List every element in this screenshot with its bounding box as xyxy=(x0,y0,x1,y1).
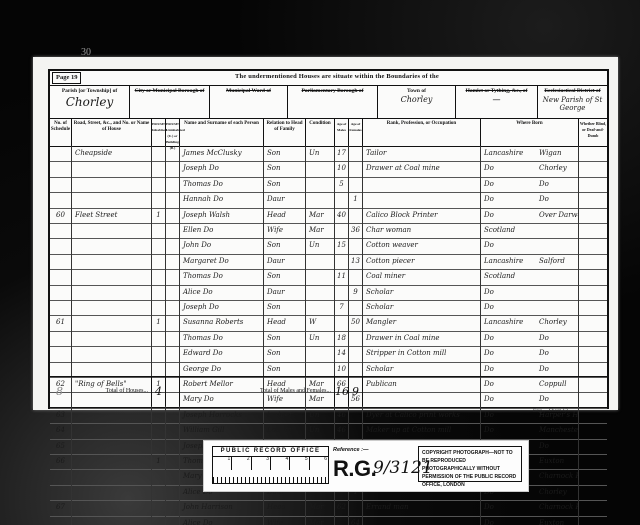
row-born-place: Manchester xyxy=(536,423,579,438)
row-occupation: Drawer at Coal mine xyxy=(363,161,481,176)
table-row: Edward DoSon14Stripper in Cotton millDoD… xyxy=(50,346,607,362)
row-age-male: 10 xyxy=(335,161,349,176)
row-age-male: 11 xyxy=(335,269,349,284)
table-row: Margaret DoDaur13Cotton piecerLancashire… xyxy=(50,254,607,270)
row-relation: Head xyxy=(264,500,306,515)
row-address xyxy=(72,223,152,238)
row-occupation xyxy=(363,516,481,525)
row-age-male: 46 xyxy=(335,408,349,423)
row-born-county: Do xyxy=(481,161,536,176)
row-occupation: Calico Block Printer xyxy=(363,208,481,223)
row-age-female xyxy=(349,177,363,192)
row-age-female: 64 xyxy=(349,516,363,525)
row-born-county: Do xyxy=(481,300,536,315)
row-condition xyxy=(306,269,335,284)
row-schedule: 64 xyxy=(50,423,72,438)
page-number: Page 19 xyxy=(52,72,81,84)
row-schedule xyxy=(50,269,72,284)
row-condition xyxy=(306,285,335,300)
row-born-place xyxy=(536,285,579,300)
table-row: Hannah DoDaur1DoDo xyxy=(50,192,607,208)
header-intro-row: Page 19 The undermentioned Houses are si… xyxy=(50,71,607,86)
row-occupation: Scholar xyxy=(363,285,481,300)
row-blind-deaf xyxy=(579,300,607,315)
row-address xyxy=(72,408,152,423)
row-blind-deaf xyxy=(579,161,607,176)
row-houses-inhabited xyxy=(152,500,166,515)
row-address xyxy=(72,177,152,192)
row-relation: Daur xyxy=(264,285,306,300)
row-relation: Head xyxy=(264,208,306,223)
row-houses-uninhabited xyxy=(166,269,180,284)
row-houses-inhabited: 1 xyxy=(152,208,166,223)
row-houses-uninhabited xyxy=(166,238,180,253)
row-schedule xyxy=(50,146,72,161)
row-age-female xyxy=(349,331,363,346)
row-houses-inhabited xyxy=(152,331,166,346)
row-houses-inhabited xyxy=(152,408,166,423)
row-age-female xyxy=(349,300,363,315)
row-address xyxy=(72,516,152,525)
table-row: 67John HarrisonHeadMar62Errand manDoChar… xyxy=(50,500,607,516)
row-schedule xyxy=(50,238,72,253)
row-schedule xyxy=(50,192,72,207)
col-age-male: Age of Males xyxy=(335,118,349,146)
sheet-reference: Eng.—Sheet 13. xyxy=(533,408,569,414)
row-houses-inhabited xyxy=(152,362,166,377)
row-schedule xyxy=(50,161,72,176)
row-age-female xyxy=(349,423,363,438)
row-age-female xyxy=(349,269,363,284)
row-blind-deaf xyxy=(579,208,607,223)
row-age-male xyxy=(335,223,349,238)
row-address xyxy=(72,161,152,176)
row-houses-uninhabited xyxy=(166,146,180,161)
table-row: 60Fleet Street1Joseph WalshHeadMar40Cali… xyxy=(50,208,607,224)
row-born-place: Euxton xyxy=(536,516,579,525)
totals-row: 8 Total of Houses... 4 Total of Males an… xyxy=(50,376,607,406)
row-born-county: Lancashire xyxy=(481,146,536,161)
table-row: John DoSonUn15Cotton weaverDo xyxy=(50,238,607,254)
row-houses-uninhabited xyxy=(166,485,180,500)
row-relation: Son xyxy=(264,161,306,176)
row-houses-inhabited xyxy=(152,238,166,253)
row-houses-uninhabited xyxy=(166,454,180,469)
row-occupation: Char woman xyxy=(363,223,481,238)
row-address xyxy=(72,469,152,484)
table-row: Joseph DoSon10Drawer at Coal mineDoChorl… xyxy=(50,161,607,177)
row-condition: Un xyxy=(306,423,335,438)
census-page: 30 Page 19 The undermentioned Houses are… xyxy=(33,57,618,410)
row-age-male: 10 xyxy=(335,362,349,377)
row-houses-inhabited xyxy=(152,346,166,361)
row-age-male: 62 xyxy=(335,500,349,515)
row-relation: Head xyxy=(264,315,306,330)
row-born-county: Do xyxy=(481,238,536,253)
row-condition: Mar xyxy=(306,516,335,525)
row-houses-uninhabited xyxy=(166,192,180,207)
row-blind-deaf xyxy=(579,454,607,469)
row-age-male xyxy=(335,192,349,207)
row-schedule xyxy=(50,331,72,346)
scale-numbers: 1 2 3 4 5 6 xyxy=(213,456,328,470)
row-born-county: Do xyxy=(481,285,536,300)
row-blind-deaf xyxy=(579,469,607,484)
row-name: Ellen Do xyxy=(180,223,264,238)
row-blind-deaf xyxy=(579,285,607,300)
row-occupation: Errand man xyxy=(363,500,481,515)
row-occupation: Maker up at Cotton mill xyxy=(363,423,481,438)
row-houses-inhabited xyxy=(152,146,166,161)
row-condition: Un xyxy=(306,238,335,253)
total-houses-label: 8 Total of Houses... xyxy=(50,377,152,406)
row-blind-deaf xyxy=(579,362,607,377)
reference-box: Reference :— R.G. 9/3121 xyxy=(328,446,414,482)
col-relation: Relation to Head of Family xyxy=(264,118,306,146)
row-address: Cheapside xyxy=(72,146,152,161)
table-row: Joseph DoSon7ScholarDo xyxy=(50,300,607,316)
row-occupation: Cotton piecer xyxy=(363,254,481,269)
row-name: Alice Do xyxy=(180,285,264,300)
row-relation: Wife xyxy=(264,516,306,525)
row-name: Thomas Do xyxy=(180,269,264,284)
copyright-notice: COPYRIGHT PHOTOGRAPH—NOT TO BE REPRODUCE… xyxy=(418,446,522,482)
row-condition: W xyxy=(306,315,335,330)
row-name: Edward Do xyxy=(180,346,264,361)
row-age-male xyxy=(335,254,349,269)
row-condition: Mar xyxy=(306,500,335,515)
row-condition xyxy=(306,346,335,361)
row-blind-deaf xyxy=(579,146,607,161)
row-age-male xyxy=(335,315,349,330)
row-schedule xyxy=(50,300,72,315)
row-houses-uninhabited xyxy=(166,331,180,346)
row-age-female xyxy=(349,362,363,377)
row-address xyxy=(72,454,152,469)
row-name: Joseph Do xyxy=(180,161,264,176)
row-houses-inhabited xyxy=(152,439,166,454)
row-name: Joseph Horrocks xyxy=(180,408,264,423)
row-born-county: Scotland xyxy=(481,269,536,284)
row-address xyxy=(72,300,152,315)
row-blind-deaf xyxy=(579,485,607,500)
district-parliamentary: Parliamentary Borough of xyxy=(288,85,378,118)
row-condition: Mar xyxy=(306,223,335,238)
row-houses-inhabited xyxy=(152,269,166,284)
row-houses-inhabited: 1 xyxy=(152,315,166,330)
row-occupation: Drawer in Coal mine xyxy=(363,331,481,346)
row-occupation: Coal miner xyxy=(363,269,481,284)
district-town: Town of Chorley xyxy=(378,85,456,118)
row-address: Fleet Street xyxy=(72,208,152,223)
scale-ruler xyxy=(213,471,328,483)
row-occupation: Dyer at Calico print works xyxy=(363,408,481,423)
row-houses-inhabited xyxy=(152,285,166,300)
row-houses-inhabited xyxy=(152,300,166,315)
total-houses-inhabited: 4 xyxy=(152,377,166,406)
row-name: James McClusky xyxy=(180,146,264,161)
col-schedule: No. of Schedule xyxy=(50,118,72,146)
row-born-place: Over Darwen xyxy=(536,208,579,223)
row-houses-uninhabited xyxy=(166,161,180,176)
row-houses-inhabited xyxy=(152,516,166,525)
row-houses-inhabited xyxy=(152,469,166,484)
row-blind-deaf xyxy=(579,223,607,238)
row-relation: Daur xyxy=(264,192,306,207)
row-condition xyxy=(306,192,335,207)
row-blind-deaf xyxy=(579,315,607,330)
row-houses-uninhabited xyxy=(166,315,180,330)
row-name: Alice Do xyxy=(180,516,264,525)
row-blind-deaf xyxy=(579,177,607,192)
table-row: Ellen DoWifeMar36Char womanScotland xyxy=(50,223,607,239)
row-blind-deaf xyxy=(579,192,607,207)
row-blind-deaf xyxy=(579,238,607,253)
col-where-born: Where Born xyxy=(481,118,579,146)
row-blind-deaf xyxy=(579,331,607,346)
row-born-place: Do xyxy=(536,362,579,377)
row-condition: Un xyxy=(306,408,335,423)
pro-reference-label: PUBLIC RECORD OFFICE 1 2 3 4 5 6 Referen… xyxy=(203,440,529,492)
column-headers: No. of Schedule Road, Street, &c., and N… xyxy=(50,118,607,147)
total-persons-label: Total of Males and Females... xyxy=(180,377,335,406)
row-condition: Mar xyxy=(306,208,335,223)
row-condition: Un xyxy=(306,331,335,346)
row-houses-inhabited xyxy=(152,485,166,500)
row-relation: Son xyxy=(264,269,306,284)
row-schedule xyxy=(50,223,72,238)
total-females: 9 xyxy=(349,377,363,406)
row-born-place: Charnock Richard xyxy=(536,500,579,515)
row-born-county: Do xyxy=(481,516,536,525)
row-age-male: 14 xyxy=(335,346,349,361)
row-houses-uninhabited xyxy=(166,469,180,484)
table-row: Alice DoDaur9ScholarDo xyxy=(50,285,607,301)
row-schedule: 67 xyxy=(50,500,72,515)
col-occupation: Rank, Profession, or Occupation xyxy=(363,118,481,146)
row-born-place: Charnock Richard xyxy=(536,469,579,484)
district-hamlet: Hamlet or Tything, &c., of — xyxy=(456,85,538,118)
row-houses-uninhabited xyxy=(166,362,180,377)
row-blind-deaf xyxy=(579,346,607,361)
row-blind-deaf xyxy=(579,254,607,269)
row-condition xyxy=(306,177,335,192)
row-schedule: 63 xyxy=(50,408,72,423)
row-schedule: 60 xyxy=(50,208,72,223)
row-address xyxy=(72,331,152,346)
district-row: Parish [or Township] of Chorley City or … xyxy=(50,85,607,119)
row-houses-uninhabited xyxy=(166,346,180,361)
row-age-male xyxy=(335,516,349,525)
census-sheet: Page 19 The undermentioned Houses are si… xyxy=(48,69,609,409)
row-born-place xyxy=(536,223,579,238)
table-row: Thomas DoSon11Coal minerScotland xyxy=(50,269,607,285)
row-houses-uninhabited xyxy=(166,177,180,192)
row-relation: Son xyxy=(264,362,306,377)
district-ecclesiastical: Ecclesiastical District of New Parish of… xyxy=(538,85,607,118)
row-relation: Son xyxy=(264,331,306,346)
district-borough: City or Municipal Borough of xyxy=(130,85,210,118)
row-age-female xyxy=(349,346,363,361)
row-houses-uninhabited xyxy=(166,254,180,269)
row-address xyxy=(72,485,152,500)
row-name: Hannah Do xyxy=(180,192,264,207)
row-age-male: 18 xyxy=(335,331,349,346)
row-age-female: 36 xyxy=(349,223,363,238)
row-schedule xyxy=(50,346,72,361)
col-condition: Condition xyxy=(306,118,335,146)
row-address xyxy=(72,500,152,515)
row-houses-uninhabited xyxy=(166,408,180,423)
col-houses-inhabited: HOUSES Inhabited xyxy=(152,118,166,146)
row-born-place: Chorley xyxy=(536,161,579,176)
row-relation: Son xyxy=(264,300,306,315)
row-schedule xyxy=(50,362,72,377)
row-occupation: Scholar xyxy=(363,300,481,315)
row-born-place xyxy=(536,269,579,284)
row-born-place: Do xyxy=(536,346,579,361)
row-born-place: Wigan xyxy=(536,146,579,161)
row-name: Joseph Do xyxy=(180,300,264,315)
row-born-county: Do xyxy=(481,500,536,515)
row-address xyxy=(72,285,152,300)
table-row: Alice DoWifeMar64DoEuxton xyxy=(50,516,607,525)
row-blind-deaf xyxy=(579,500,607,515)
row-houses-uninhabited xyxy=(166,516,180,525)
row-born-county: Do xyxy=(481,208,536,223)
pro-scale-box: PUBLIC RECORD OFFICE 1 2 3 4 5 6 xyxy=(212,446,329,484)
row-relation: Wife xyxy=(264,223,306,238)
row-address xyxy=(72,269,152,284)
row-address xyxy=(72,315,152,330)
row-relation: Son xyxy=(264,346,306,361)
row-born-county: Do xyxy=(481,331,536,346)
col-houses-uninhabited: HOUSES Uninhabited (U.) or Building (B.) xyxy=(166,118,180,146)
row-houses-uninhabited xyxy=(166,423,180,438)
row-name: John Harrison xyxy=(180,500,264,515)
row-occupation: Tailor xyxy=(363,146,481,161)
row-schedule xyxy=(50,285,72,300)
row-age-male: 7 xyxy=(335,300,349,315)
row-age-female xyxy=(349,208,363,223)
row-age-male: 46 xyxy=(335,423,349,438)
row-schedule: 61 xyxy=(50,315,72,330)
row-age-male: 15 xyxy=(335,238,349,253)
row-born-place xyxy=(536,300,579,315)
row-houses-inhabited xyxy=(152,177,166,192)
row-address xyxy=(72,362,152,377)
row-condition xyxy=(306,300,335,315)
row-houses-uninhabited xyxy=(166,439,180,454)
row-houses-inhabited xyxy=(152,223,166,238)
folio-mark: 30 xyxy=(81,47,91,58)
row-schedule xyxy=(50,485,72,500)
row-condition xyxy=(306,254,335,269)
row-name: William Gill xyxy=(180,423,264,438)
row-born-county: Do xyxy=(481,177,536,192)
row-condition xyxy=(306,362,335,377)
row-relation: Son xyxy=(264,177,306,192)
row-houses-uninhabited xyxy=(166,285,180,300)
row-occupation: Scholar xyxy=(363,362,481,377)
district-parish: Parish [or Township] of Chorley xyxy=(50,85,130,118)
row-age-female xyxy=(349,500,363,515)
row-name: George Do xyxy=(180,362,264,377)
row-address xyxy=(72,439,152,454)
row-born-place: Euxton xyxy=(536,454,579,469)
intro-text: The undermentioned Houses are situate wi… xyxy=(235,73,439,80)
table-row: Thomas DoSon5DoDo xyxy=(50,177,607,193)
row-address xyxy=(72,192,152,207)
table-row: 64William GillLodgerUn46Maker up at Cott… xyxy=(50,423,607,439)
row-blind-deaf xyxy=(579,269,607,284)
row-born-place: Chorley xyxy=(536,315,579,330)
row-age-male: 5 xyxy=(335,177,349,192)
row-occupation xyxy=(363,192,481,207)
row-born-place: Do xyxy=(536,439,579,454)
row-address xyxy=(72,346,152,361)
col-age-female: Age of Females xyxy=(349,118,363,146)
row-born-place: Salford xyxy=(536,254,579,269)
row-born-place xyxy=(536,238,579,253)
row-born-place: Do xyxy=(536,331,579,346)
row-age-female xyxy=(349,238,363,253)
row-occupation xyxy=(363,177,481,192)
table-row: Thomas DoSonUn18Drawer in Coal mineDoDo xyxy=(50,331,607,347)
row-schedule xyxy=(50,516,72,525)
row-name: Thomas Do xyxy=(180,331,264,346)
table-row: 611Susanna RobertsHeadW50ManglerLancashi… xyxy=(50,315,607,331)
col-blind-deaf: Whether Blind, or Deaf-and-Dumb xyxy=(579,118,607,146)
row-schedule xyxy=(50,177,72,192)
row-born-place: Chorley xyxy=(536,485,579,500)
row-age-female xyxy=(349,146,363,161)
col-address: Road, Street, &c., and No. or Name of Ho… xyxy=(72,118,152,146)
row-age-female: 9 xyxy=(349,285,363,300)
row-age-male xyxy=(335,285,349,300)
row-born-county: Do xyxy=(481,408,536,423)
row-blind-deaf xyxy=(579,423,607,438)
row-born-place: Do xyxy=(536,192,579,207)
row-name: Thomas Do xyxy=(180,177,264,192)
row-name: Joseph Walsh xyxy=(180,208,264,223)
row-relation: Daur xyxy=(264,254,306,269)
total-males: 16 xyxy=(335,377,349,406)
row-age-female: 50 xyxy=(349,315,363,330)
row-age-female: 13 xyxy=(349,254,363,269)
table-row: CheapsideJames McCluskySonUn17TailorLanc… xyxy=(50,146,607,162)
row-houses-inhabited: 1 xyxy=(152,454,166,469)
row-name: Margaret Do xyxy=(180,254,264,269)
row-address xyxy=(72,238,152,253)
row-houses-uninhabited xyxy=(166,208,180,223)
row-born-place: Do xyxy=(536,177,579,192)
row-born-county: Lancashire xyxy=(481,315,536,330)
row-relation: Son xyxy=(264,146,306,161)
row-address xyxy=(72,423,152,438)
row-houses-uninhabited xyxy=(166,300,180,315)
row-houses-inhabited xyxy=(152,192,166,207)
table-row: 63Joseph HorrocksLodgerUn46Dyer at Calic… xyxy=(50,408,607,424)
reference-label: Reference :— xyxy=(333,447,368,453)
col-name: Name and Surname of each Person xyxy=(180,118,264,146)
row-age-male: 17 xyxy=(335,146,349,161)
row-born-county: Do xyxy=(481,423,536,438)
row-relation: Lodger xyxy=(264,423,306,438)
row-schedule xyxy=(50,469,72,484)
row-condition: Un xyxy=(306,146,335,161)
row-houses-uninhabited xyxy=(166,500,180,515)
